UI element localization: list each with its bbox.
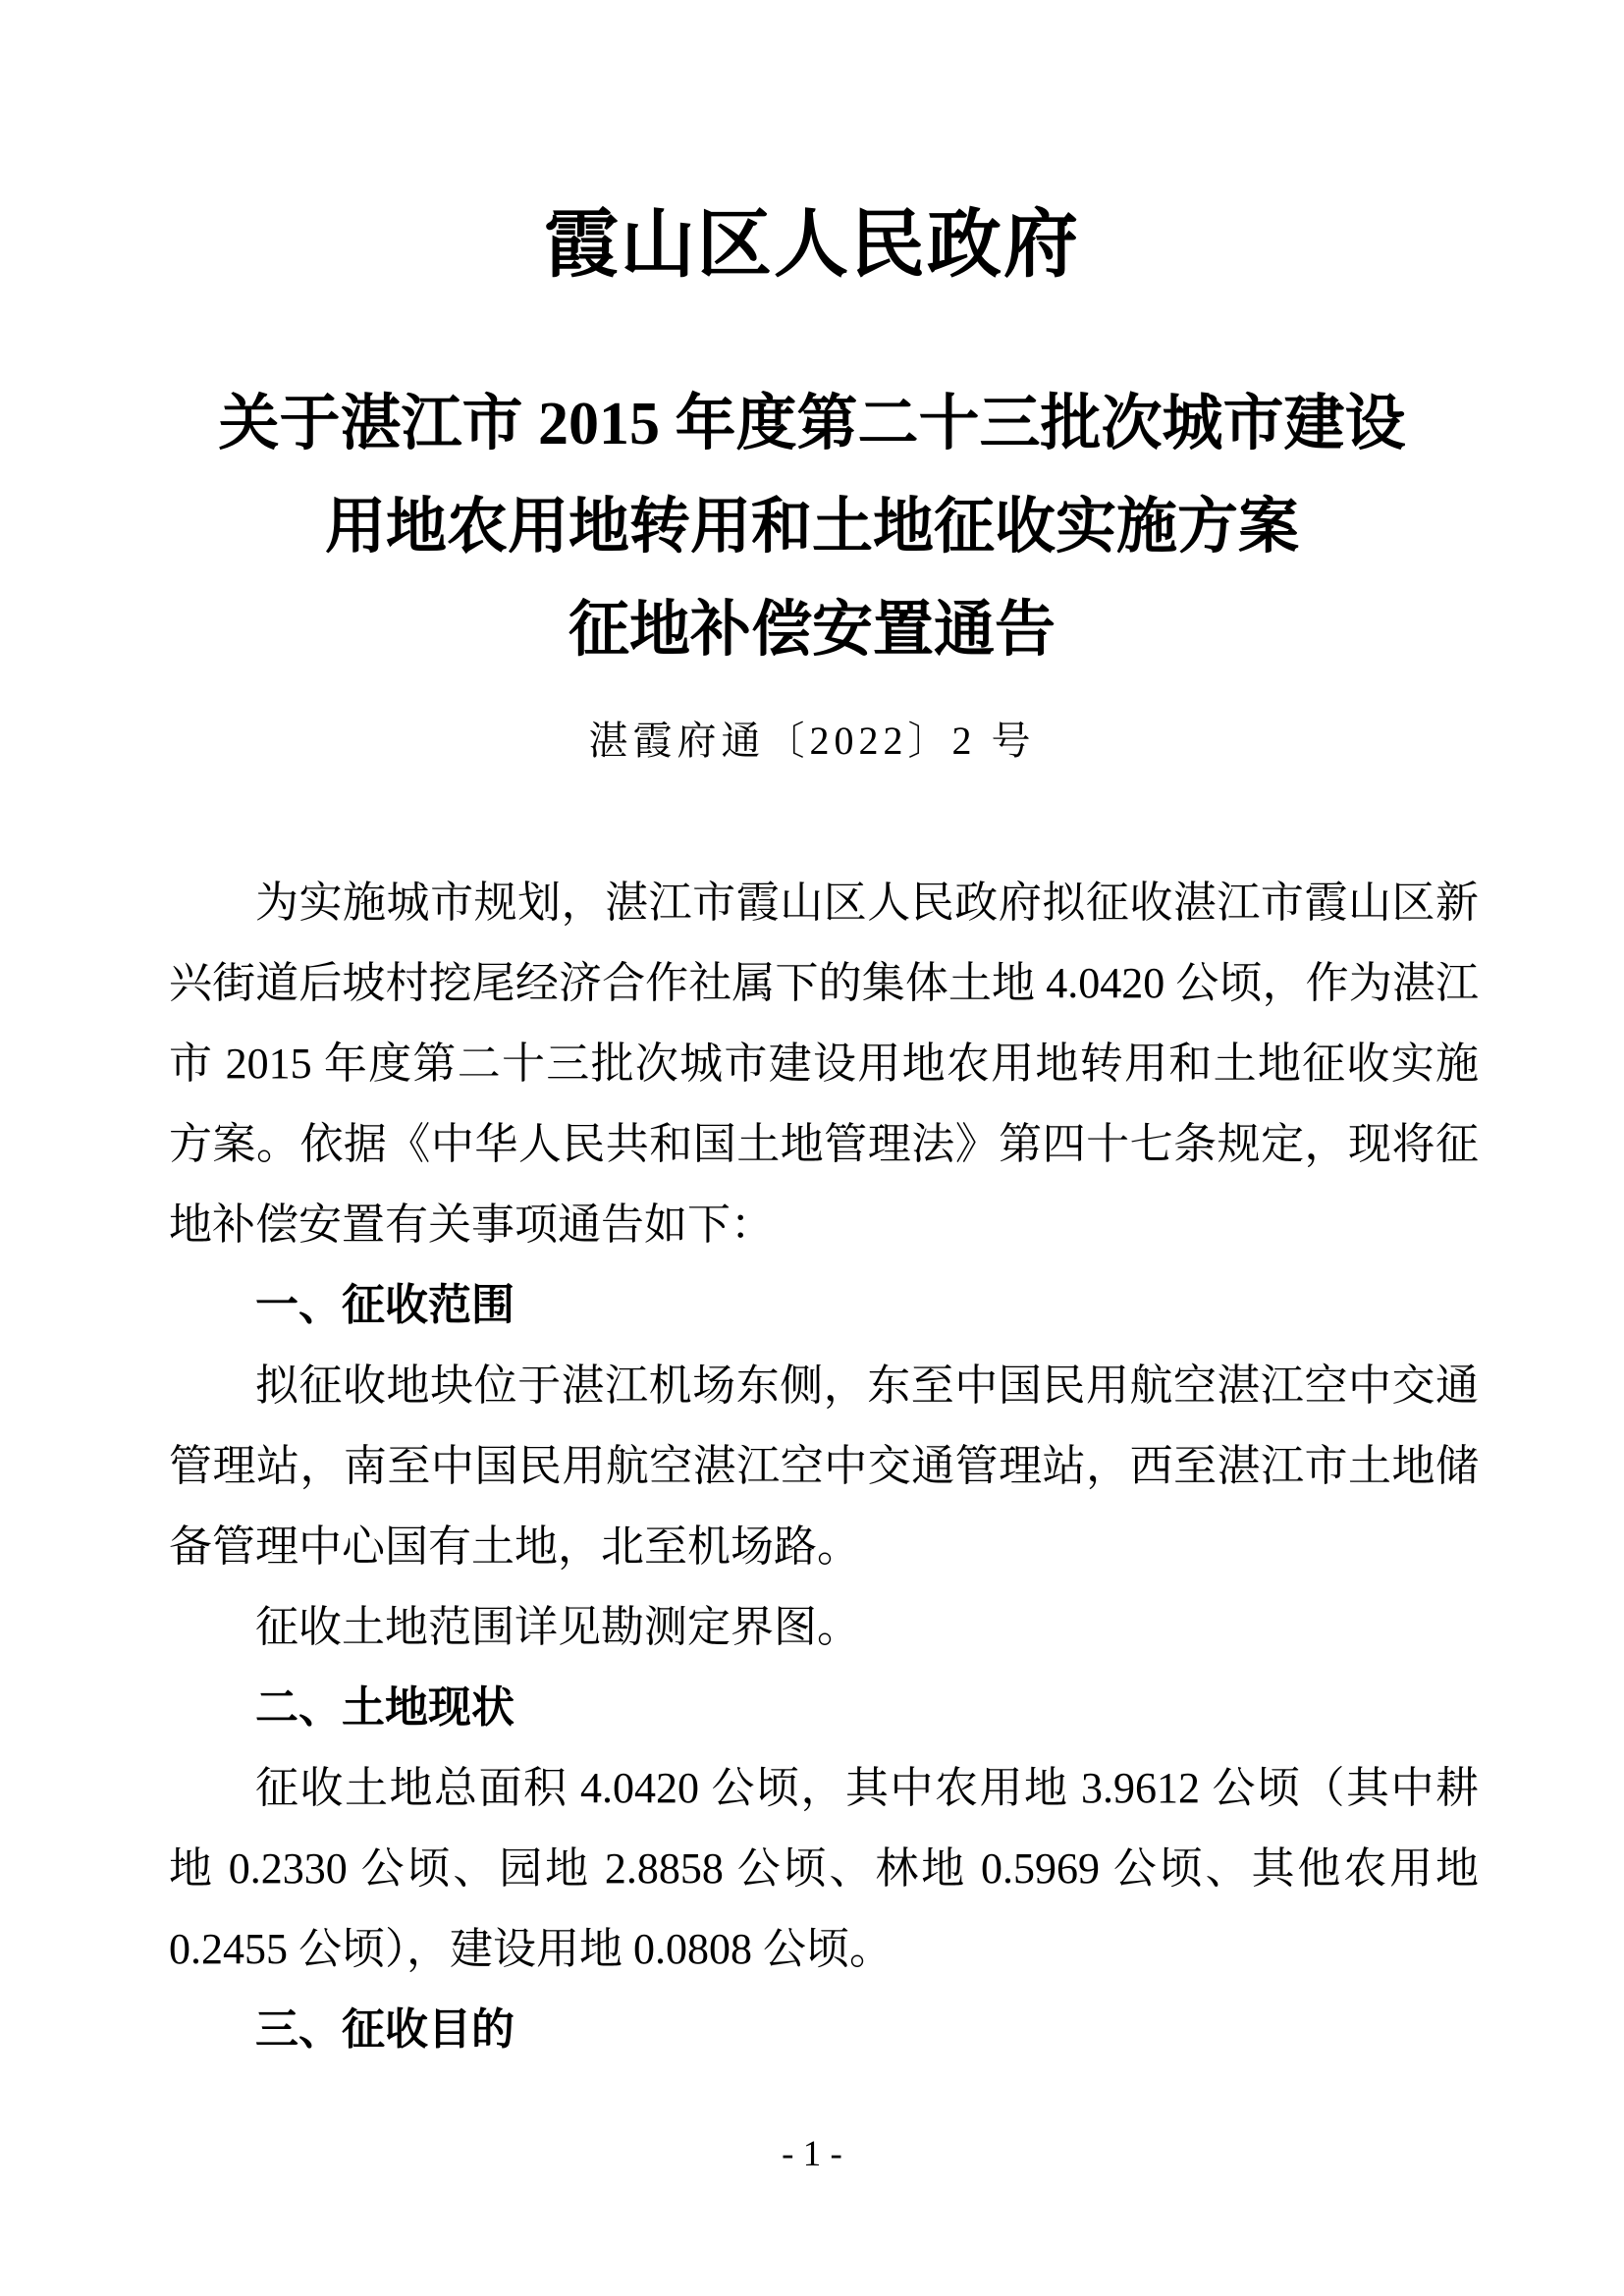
document-body: 为实施城市规划，湛江市霞山区人民政府拟征收湛江市霞山区新兴街道后坡村挖尾经济合作… xyxy=(169,863,1479,2070)
section-heading: 三、征收目的 xyxy=(169,1990,1479,2070)
body-paragraph: 征收土地总面积 4.0420 公顷，其中农用地 3.9612 公顷（其中耕地 0… xyxy=(169,1748,1479,1990)
doc-title-line-1: 关于湛江市 2015 年度第二十三批次城市建设 xyxy=(0,373,1624,476)
page-number: - 1 - xyxy=(0,2136,1624,2172)
doc-title: 关于湛江市 2015 年度第二十三批次城市建设 用地农用地转用和土地征收实施方案… xyxy=(0,373,1624,682)
org-title: 霞山区人民政府 xyxy=(0,0,1624,283)
doc-title-line-3: 征地补偿安置通告 xyxy=(0,579,1624,682)
body-paragraph: 征收土地范围详见勘测定界图。 xyxy=(169,1587,1479,1668)
doc-number: 湛霞府通〔2022〕2 号 xyxy=(0,720,1624,763)
doc-title-line-2: 用地农用地转用和土地征收实施方案 xyxy=(0,476,1624,579)
body-paragraph: 拟征收地块位于湛江机场东侧，东至中国民用航空湛江空中交通管理站，南至中国民用航空… xyxy=(169,1346,1479,1587)
section-heading: 二、土地现状 xyxy=(169,1668,1479,1748)
body-paragraph: 为实施城市规划，湛江市霞山区人民政府拟征收湛江市霞山区新兴街道后坡村挖尾经济合作… xyxy=(169,863,1479,1265)
document-page: 霞山区人民政府 关于湛江市 2015 年度第二十三批次城市建设 用地农用地转用和… xyxy=(0,0,1624,2296)
section-heading: 一、征收范围 xyxy=(169,1265,1479,1346)
